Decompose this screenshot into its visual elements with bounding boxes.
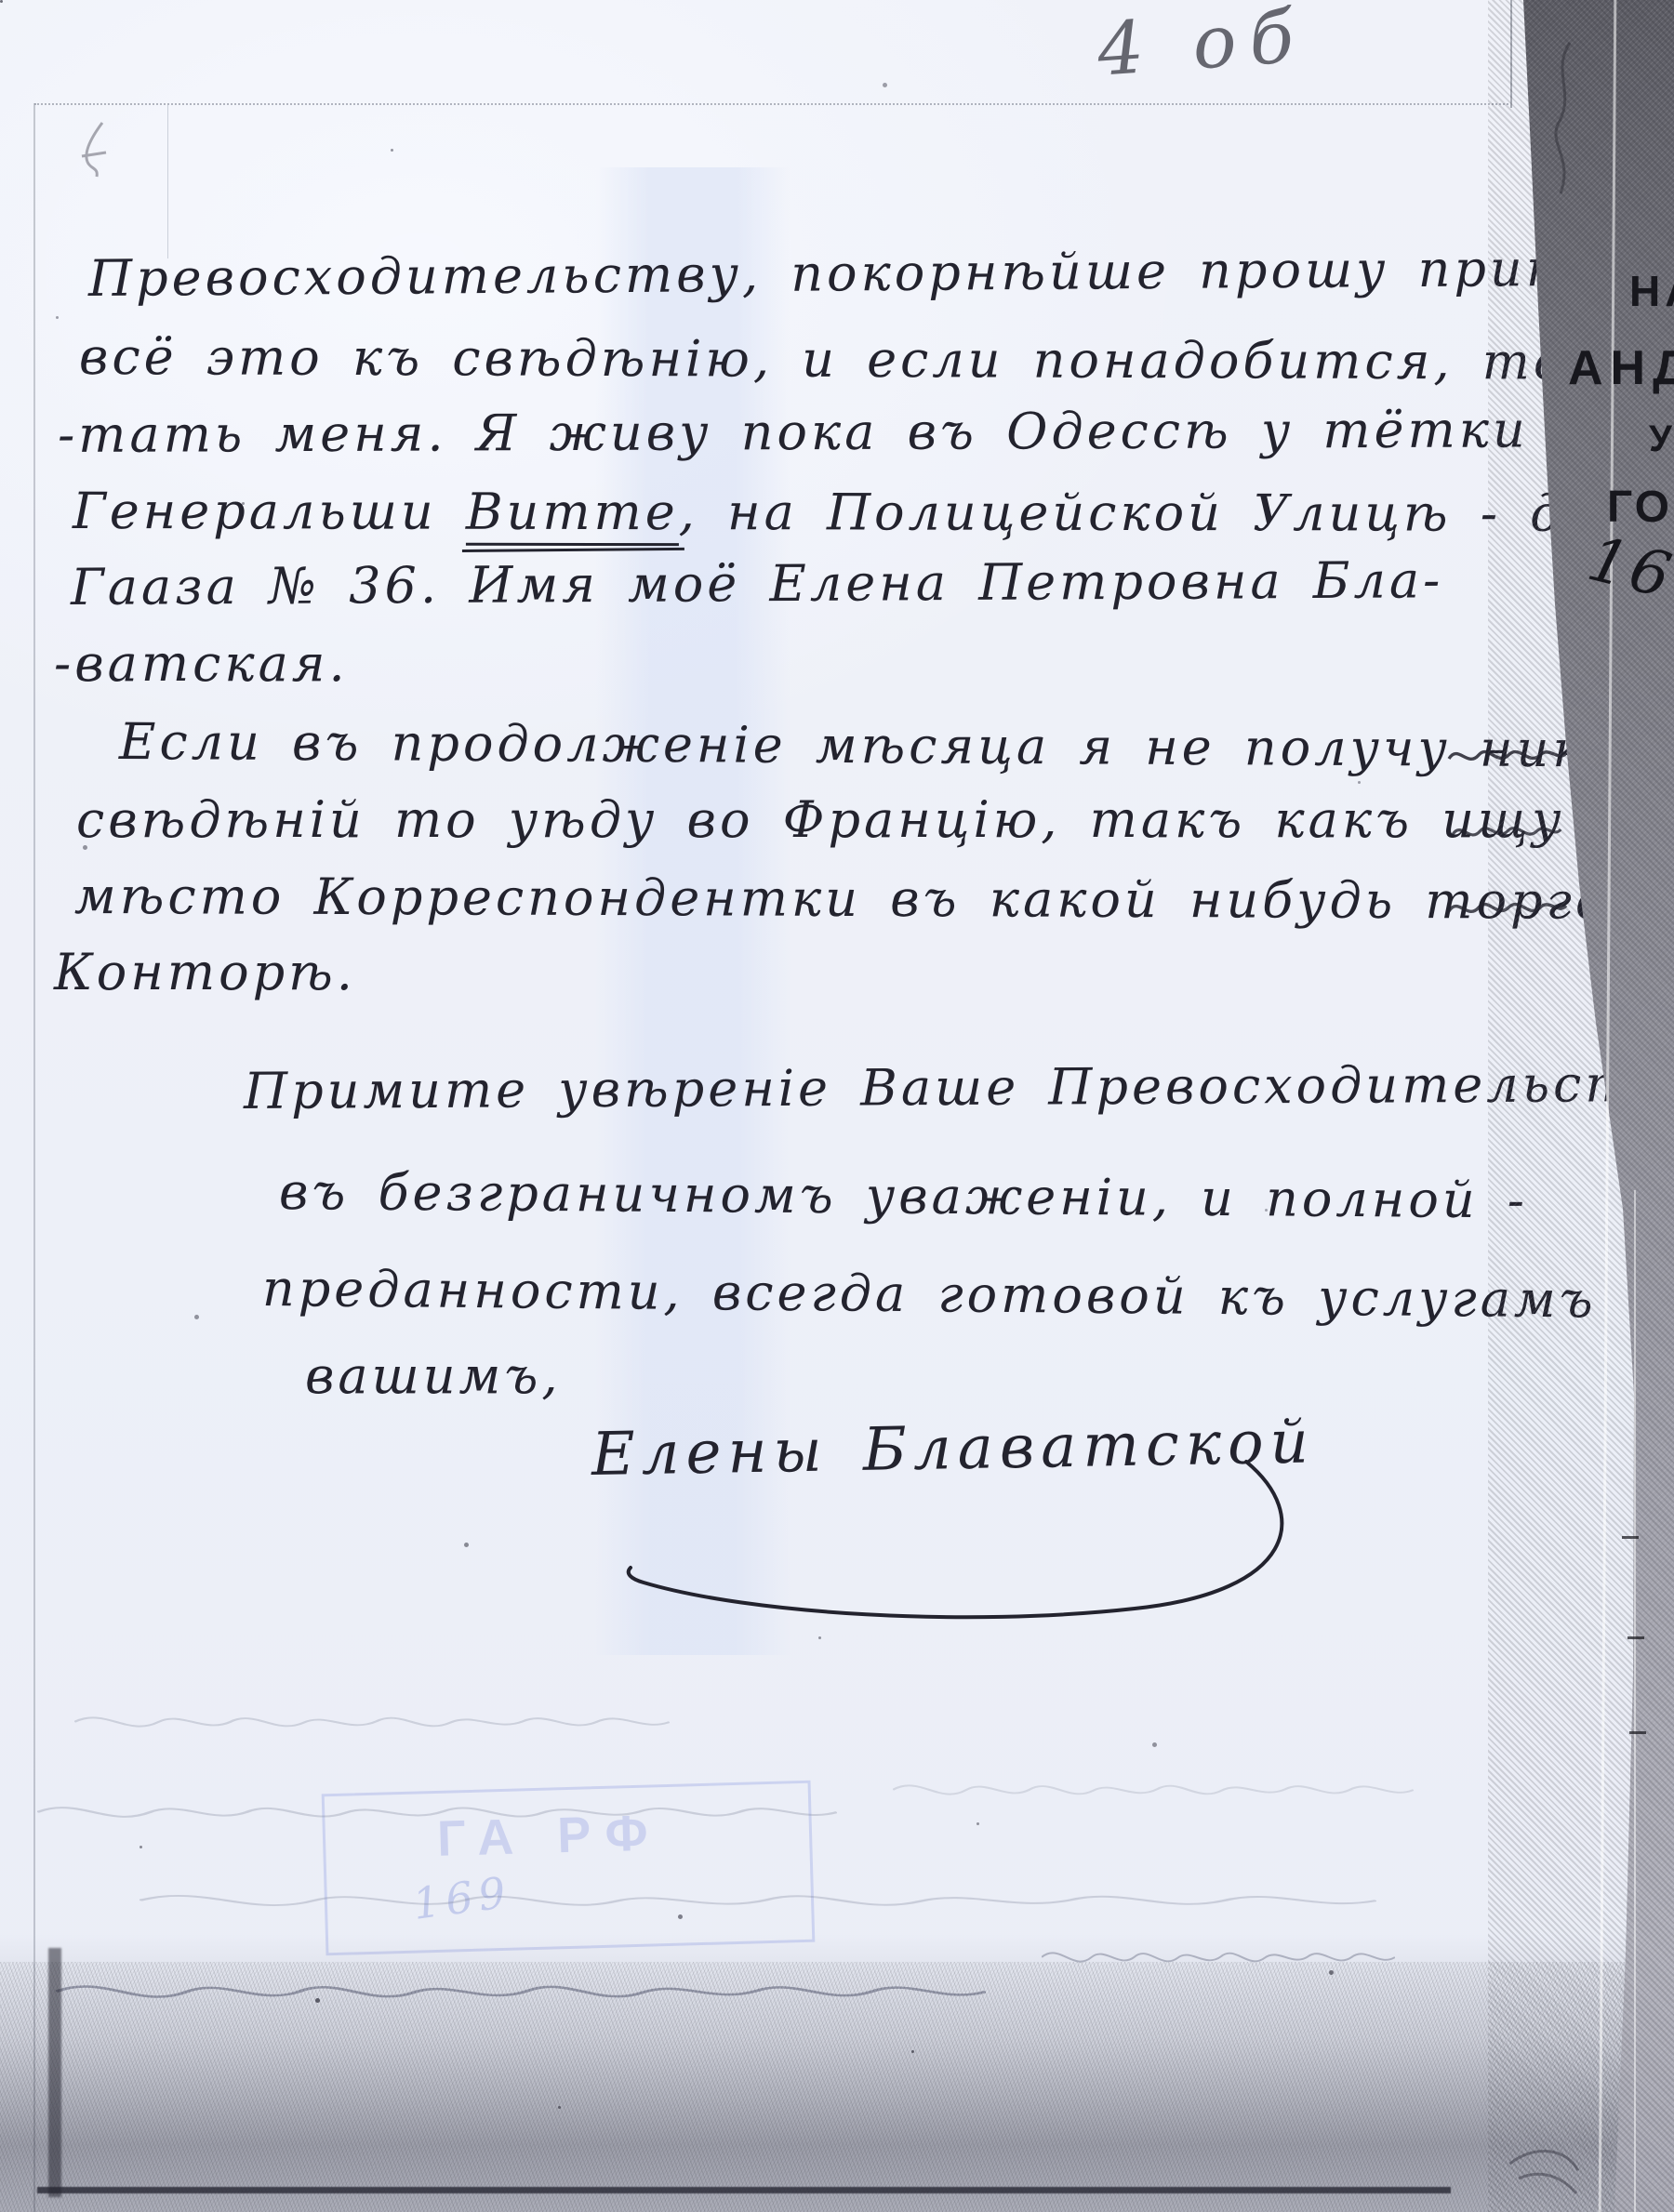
signature-flourish	[577, 1450, 1339, 1646]
letter-line-9: мѣсто Корреспондентки въ какой нибудь то…	[74, 867, 1674, 931]
bleedthrough-handwriting-row	[37, 1793, 837, 1832]
letter-line-6: -ватская.	[54, 634, 349, 693]
scanned-letter-page: 4 об Превосходительству, покорнѣйше прош…	[0, 0, 1674, 2212]
strip-printed-fragment-and: АНД	[1568, 340, 1674, 396]
corner-pencil-mark	[74, 121, 113, 186]
letter-line-7: Если въ продолженіе мѣсяца я не получу н…	[119, 712, 1674, 779]
letter-line-13: преданности, всегда готовой къ услугамъ	[262, 1259, 1597, 1330]
vertical-crease-line	[167, 105, 168, 258]
page-number-annotation: 4 об	[1095, 0, 1309, 93]
letter-line-8: свѣдѣній то уѣду во Францію, такъ какъ и…	[76, 790, 1674, 849]
page-top-border-line	[34, 103, 1508, 105]
strip-crease-highlight	[1634, 1190, 1636, 2212]
letter-line-4-prefix: Генеральши	[73, 482, 466, 541]
strip-faint-handwriting	[1533, 37, 1588, 205]
page-bottom-border-line	[37, 2187, 1451, 2193]
scan-noise-specks	[0, 0, 3, 3]
letter-line-1: Превосходительству, покорнѣйше прошу при…	[88, 238, 1674, 308]
strip-printed-fragment-na: НА	[1629, 266, 1674, 316]
letter-line-5: Гааза № 36. Имя моё Елена Петровна Бла-	[71, 550, 1444, 616]
letter-line-10: Конторѣ.	[54, 943, 356, 1001]
letter-line-11: Примите увѣреніе Ваше Превосходительство	[244, 1054, 1674, 1120]
letter-line-12: въ безграничномъ уваженіи, и полной -	[279, 1162, 1528, 1229]
bottom-left-edge-line	[48, 1948, 61, 2197]
bleedthrough-handwriting-row	[893, 1771, 1414, 1808]
strip-printed-fragment-u: У	[1649, 418, 1672, 460]
underlined-name-witte: Витте	[466, 483, 679, 546]
bottom-scan-grain	[0, 1962, 1674, 2212]
letter-line-3: -тать меня. Я живу пока въ Одессѣ у тётк…	[58, 400, 1674, 464]
bleedthrough-handwriting-row	[74, 1703, 670, 1741]
strip-stitch-mark	[1629, 1731, 1646, 1734]
strip-printed-fragment-gor: ГОР	[1607, 482, 1674, 533]
strip-stitch-mark	[1627, 1636, 1644, 1639]
strip-stitch-mark	[1622, 1536, 1639, 1539]
page-left-border-line	[33, 103, 35, 2212]
bleedthrough-handwriting-row	[139, 1880, 1376, 1921]
letter-line-14: вашимъ,	[305, 1346, 561, 1405]
strip-grain-texture	[1488, 0, 1674, 2212]
letter-line-2: всё это къ свѣдѣнію, и если понадобится,…	[79, 327, 1674, 391]
letter-line-4: Генеральши Витте, на Полицейской Улицѣ -…	[73, 482, 1674, 543]
